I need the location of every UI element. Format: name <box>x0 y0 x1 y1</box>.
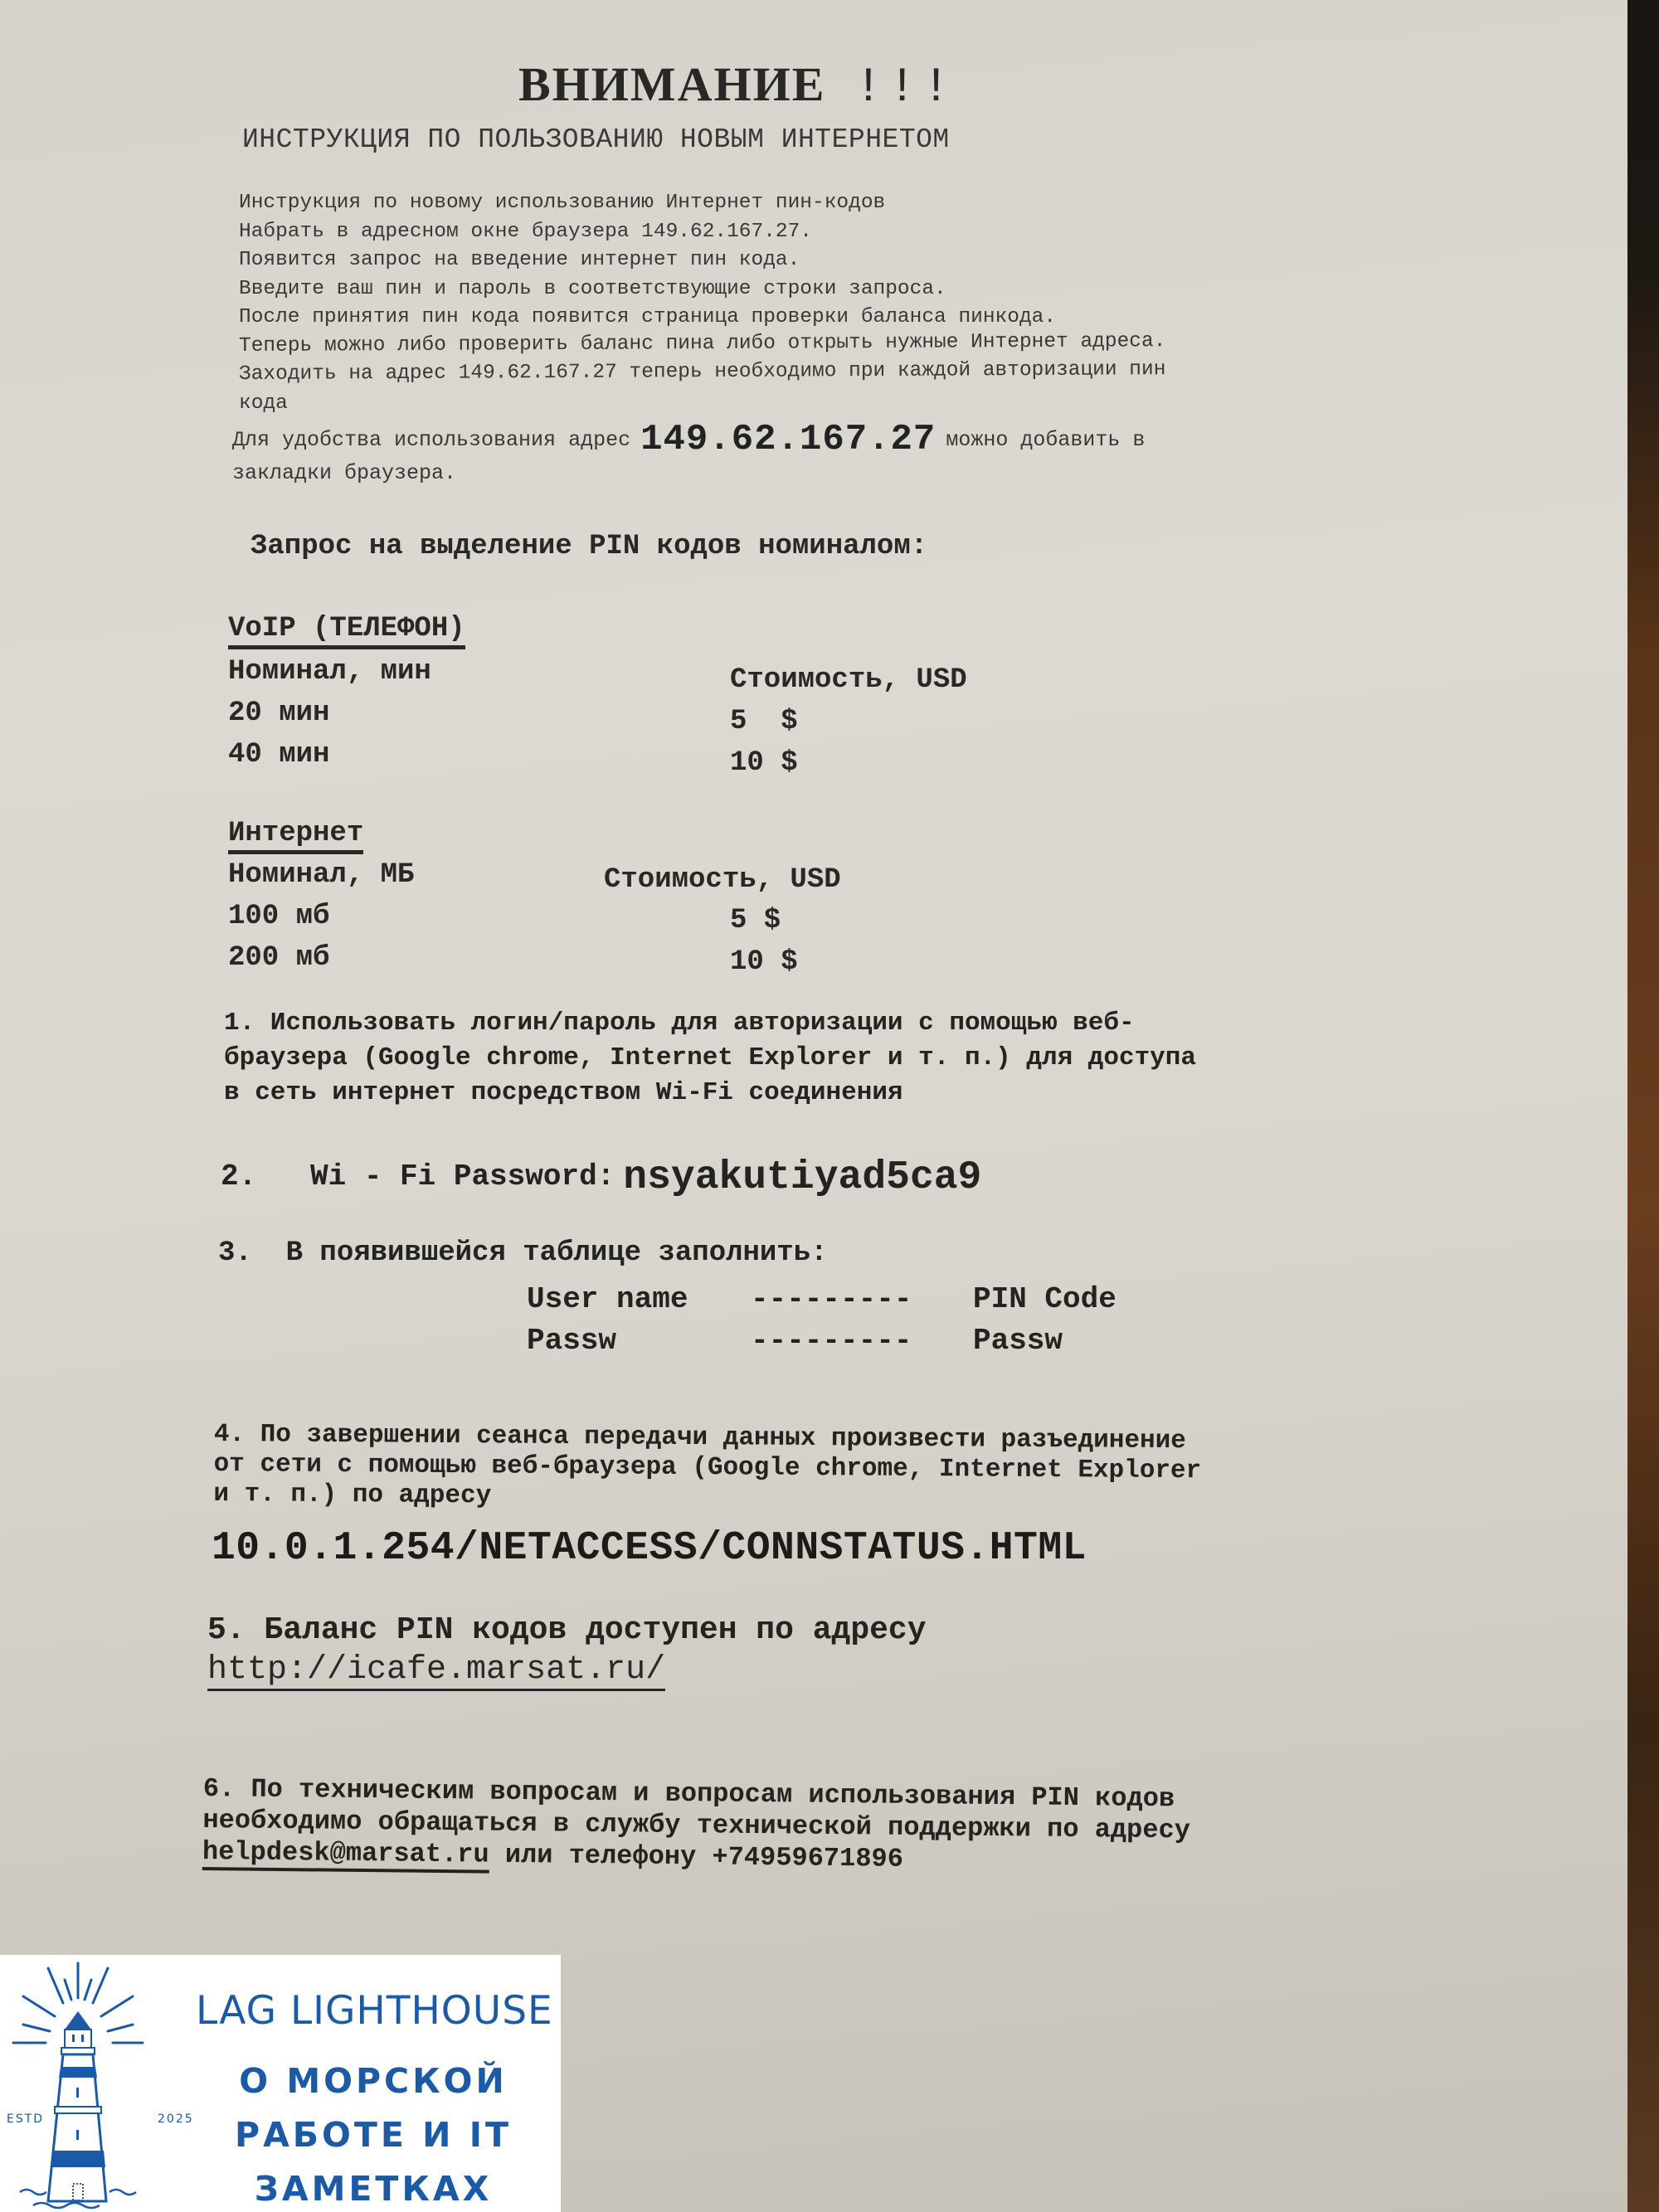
step-1-line: браузера (Google chrome, Internet Explor… <box>224 1041 1196 1076</box>
bookmark-text: можно добавить в <box>946 428 1145 452</box>
wifi-password-label: 2. Wi - Fi Password: <box>221 1159 615 1194</box>
step-6-support: 6. По техническим вопросам и вопросам ис… <box>202 1773 1191 1878</box>
tagline-line: ЗАМЕТКАХ <box>191 2162 556 2212</box>
tagline-line: О МОРСКОЙ <box>191 2054 556 2108</box>
intro-line: Введите ваш пин и пароль в соответствующ… <box>239 275 1165 304</box>
step-1-login-instructions: 1. Использовать логин/пароль для авториз… <box>224 1006 1196 1111</box>
step-3-fill-table: 3. В появившейся таблице заполнить: <box>218 1236 828 1271</box>
document-subtitle: ИНСТРУКЦИЯ ПО ПОЛЬЗОВАНИЮ НОВЫМ ИНТЕРНЕТ… <box>242 124 950 155</box>
voip-nominal-column: Номинал, мин 20 мин 40 мин <box>228 651 431 775</box>
estd-label: ESTD <box>7 2112 44 2126</box>
credential-dashes: --------- <box>751 1279 973 1320</box>
balance-url: http://icafe.marsat.ru/ <box>207 1652 665 1691</box>
credential-row: User name---------PIN Code <box>527 1279 1117 1320</box>
pin-request-heading: Запрос на выделение PIN кодов номиналом: <box>251 531 927 562</box>
printed-instruction-sheet: ВНИМАНИЕ!!! ИНСТРУКЦИЯ ПО ПОЛЬЗОВАНИЮ НО… <box>0 0 1627 2212</box>
credential-row: Passw---------Passw <box>527 1320 1117 1362</box>
disconnect-url: 10.0.1.254/NETACCESS/CONNSTATUS.HTML <box>212 1526 1087 1571</box>
step-5-balance: 5. Баланс PIN кодов доступен по адресу <box>207 1613 927 1648</box>
intro-line: Инструкция по новому использованию Интер… <box>239 189 1165 218</box>
credential-field: User name <box>527 1279 751 1320</box>
step-4-disconnect: 4. По завершении сеанса передачи данных … <box>213 1420 1201 1516</box>
bookmark-note: Для удобства использования адрес149.62.1… <box>232 423 1145 490</box>
internet-cost-column: 5 $ 10 $ <box>730 900 798 983</box>
voip-nominal: 20 мин <box>228 693 431 734</box>
tagline-line: РАБОТЕ И IT <box>191 2108 556 2162</box>
step-1-line: в сеть интернет посредством Wi-Fi соедин… <box>224 1076 1196 1111</box>
internet-nominal: 100 мб <box>228 896 414 937</box>
internet-cost: 5 $ <box>730 900 798 941</box>
credential-field: Passw <box>527 1320 751 1362</box>
voip-col-header: Номинал, мин <box>228 651 431 693</box>
internet-cost: 10 $ <box>730 941 798 983</box>
internet-col-header: Номинал, МБ <box>228 854 414 896</box>
intro-line: Заходить на адрес 149.62.167.27 теперь н… <box>239 356 1166 389</box>
lag-lighthouse-watermark: ESTD 2025 LAG LIGHTHOUSE О МОРСКОЙ РАБОТ… <box>0 1955 561 2212</box>
credential-value: PIN Code <box>973 1282 1117 1316</box>
credential-value: Passw <box>973 1324 1063 1358</box>
warning-title-text: ВНИМАНИЕ <box>518 57 825 111</box>
voip-section-title: VoIP (ТЕЛЕФОН) <box>228 612 465 649</box>
internet-nominal: 200 мб <box>228 937 414 979</box>
internet-nominal-column: Номинал, МБ 100 мб 200 мб <box>228 854 414 979</box>
voip-cost-header: Стоимость, USD <box>730 659 967 701</box>
bookmark-text: закладки браузера. <box>232 461 456 485</box>
step-1-line: 1. Использовать логин/пароль для авториз… <box>224 1006 1196 1041</box>
internet-section-title: Интернет <box>228 817 363 854</box>
brand-tagline: О МОРСКОЙ РАБОТЕ И IT ЗАМЕТКАХ <box>191 2054 556 2212</box>
credentials-mapping: User name---------PIN Code Passw--------… <box>527 1279 1117 1362</box>
internet-cost-header: Стоимость, USD <box>604 859 841 901</box>
intro-line: Набрать в адресном окне браузера 149.62.… <box>239 218 1165 247</box>
established-year: 2025 <box>158 2112 194 2126</box>
intro-line: Появится запрос на введение интернет пин… <box>239 246 1165 275</box>
intro-line: кода <box>239 390 1165 419</box>
warning-exclamation: !!! <box>854 61 955 115</box>
credential-dashes: --------- <box>751 1320 973 1362</box>
intro-line: Теперь можно либо проверить баланс пина … <box>239 328 1166 361</box>
voip-cost: 5 $ <box>730 701 967 742</box>
support-email: helpdesk@marsat.ru <box>202 1836 489 1874</box>
intro-instructions: Инструкция по новому использованию Интер… <box>239 189 1165 418</box>
lighthouse-icon <box>0 1955 191 2212</box>
brand-name: LAG LIGHTHOUSE <box>196 1988 553 2034</box>
bookmark-text: Для удобства использования адрес <box>232 428 630 452</box>
voip-nominal: 40 мин <box>228 734 431 775</box>
step-2-wifi-password: 2. Wi - Fi Password:nsyakutiyad5ca9 <box>221 1159 981 1195</box>
support-phone: или телефону +74959671896 <box>489 1840 903 1874</box>
voip-cost-column: Стоимость, USD 5 $ 10 $ <box>730 659 967 784</box>
warning-title: ВНИМАНИЕ!!! <box>518 56 956 115</box>
portal-ip-address: 149.62.167.27 <box>640 419 936 460</box>
wifi-password-value: nsyakutiyad5ca9 <box>623 1155 981 1200</box>
voip-cost: 10 $ <box>730 742 967 784</box>
